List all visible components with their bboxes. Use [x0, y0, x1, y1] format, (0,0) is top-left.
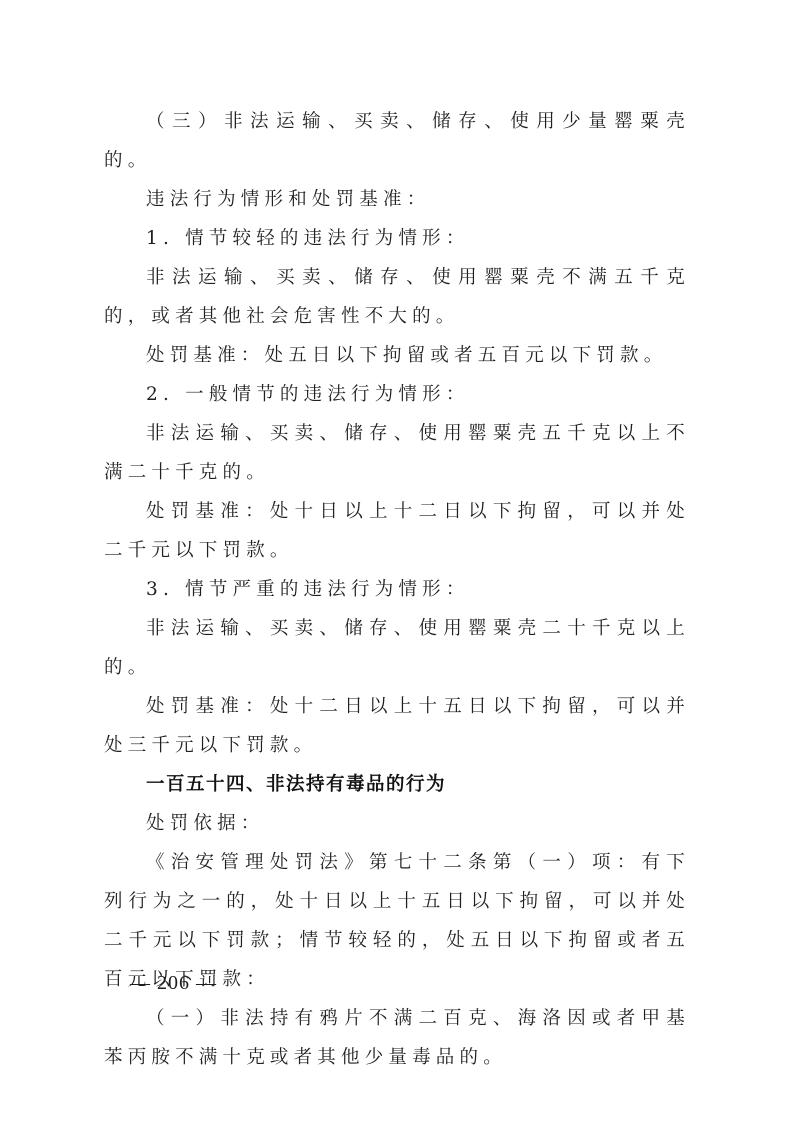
section-heading: 一百五十四、非法持有毒品的行为 — [104, 765, 690, 804]
paragraph-item-1: （一）非法持有鸦片不满二百克、海洛因或者甲基苯丙胺不满十克或者其他少量毒品的。 — [104, 999, 690, 1077]
paragraph-basis-header: 处罚依据： — [104, 804, 690, 843]
paragraph-serious-situation: 非法运输、买卖、储存、使用罂粟壳二十千克以上的。 — [104, 609, 690, 687]
document-page: （三）非法运输、买卖、储存、使用少量罂粟壳的。 违法行为情形和处罚基准： 1. … — [0, 0, 793, 1122]
paragraph-minor-situation: 非法运输、买卖、储存、使用罂粟壳不满五千克的，或者其他社会危害性不大的。 — [104, 258, 690, 336]
paragraph-situations-header: 违法行为情形和处罚基准： — [104, 180, 690, 219]
paragraph-item-3: （三）非法运输、买卖、储存、使用少量罂粟壳的。 — [104, 102, 690, 180]
paragraph-serious-penalty: 处罚基准：处十二日以上十五日以下拘留，可以并处三千元以下罚款。 — [104, 687, 690, 765]
body-text: （三）非法运输、买卖、储存、使用少量罂粟壳的。 违法行为情形和处罚基准： 1. … — [104, 102, 690, 1077]
paragraph-general-header: 2. 一般情节的违法行为情形： — [104, 375, 690, 414]
paragraph-general-situation: 非法运输、买卖、储存、使用罂粟壳五千克以上不满二十千克的。 — [104, 414, 690, 492]
paragraph-serious-header: 3. 情节严重的违法行为情形： — [104, 570, 690, 609]
paragraph-minor-header: 1. 情节较轻的违法行为情形： — [104, 219, 690, 258]
page-number: — 206 — — [130, 972, 217, 995]
paragraph-minor-penalty: 处罚基准：处五日以下拘留或者五百元以下罚款。 — [104, 336, 690, 375]
paragraph-general-penalty: 处罚基准：处十日以上十二日以下拘留，可以并处二千元以下罚款。 — [104, 492, 690, 570]
